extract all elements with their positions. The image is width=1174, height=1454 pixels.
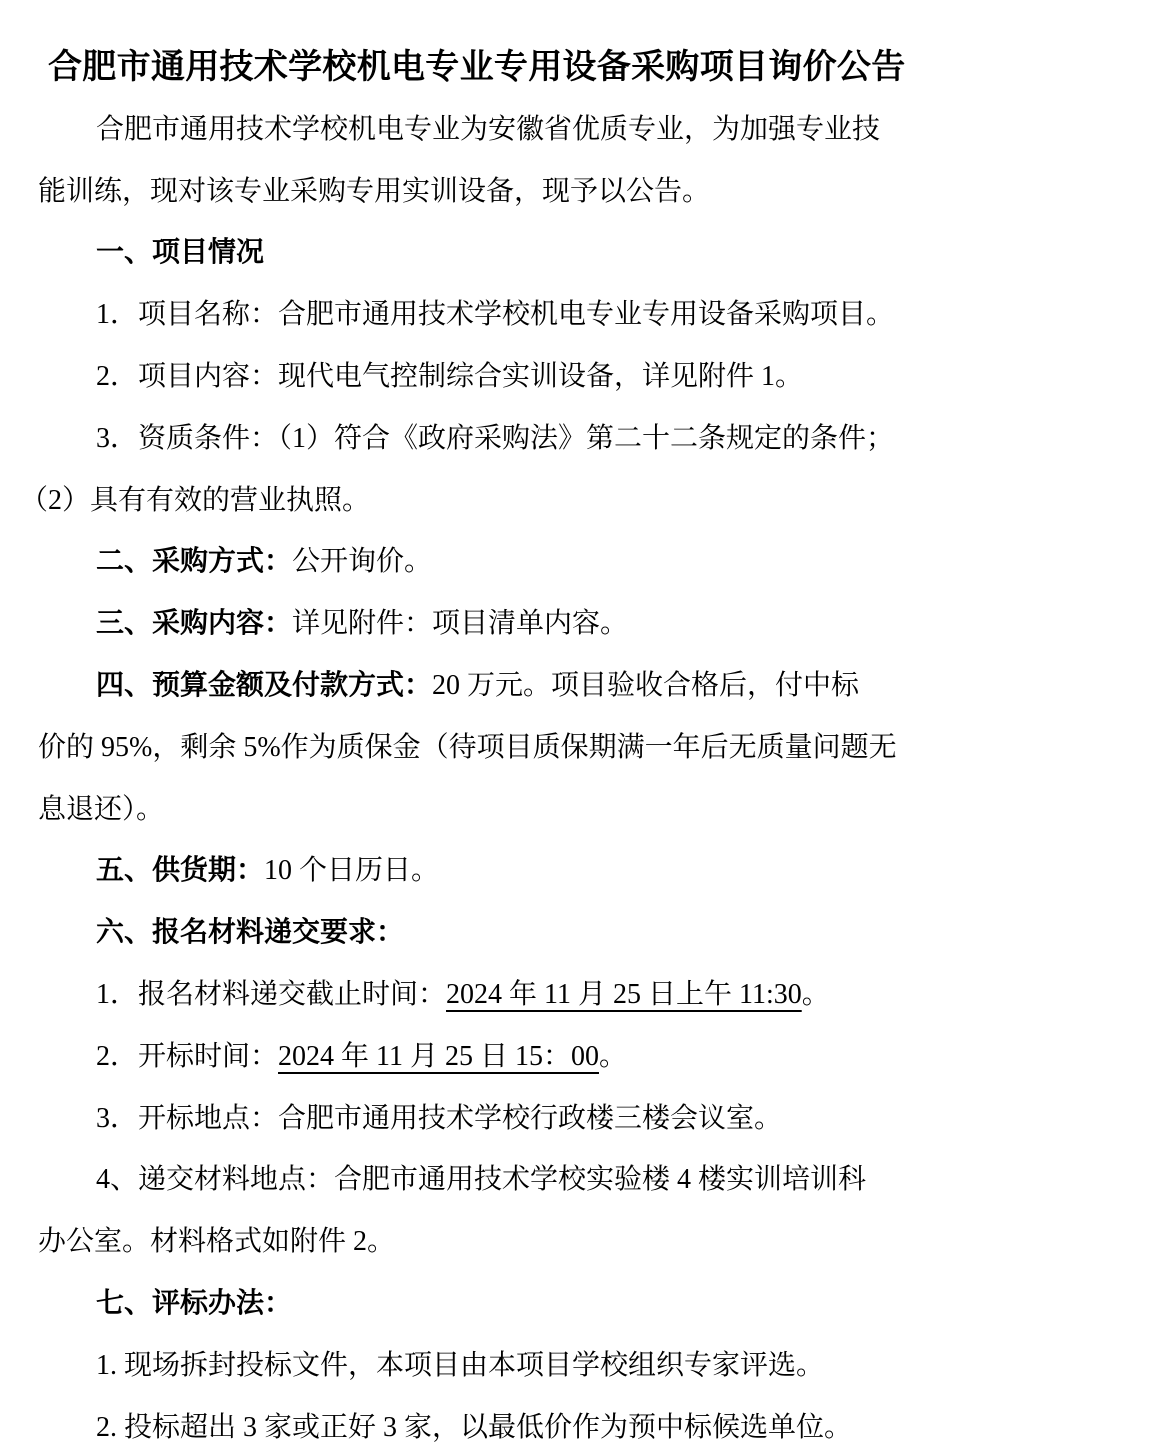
document-line: 2．项目内容：现代电气控制综合实训设备，详见附件 1。 — [0, 346, 1174, 408]
bold-text-segment: 三、采购内容： — [96, 608, 292, 639]
text-segment: 息退还）。 — [38, 794, 164, 825]
text-segment: 详见附件：项目清单内容。 — [292, 608, 628, 639]
text-segment: 2. 投标超出 3 家或正好 3 家，以最低价作为预中标候选单位。 — [96, 1412, 852, 1443]
text-segment: 公开询价。 — [292, 546, 432, 577]
document-line: 五、供货期：10 个日历日。 — [0, 840, 1174, 902]
text-segment: 1. 现场拆封投标文件，本项目由本项目学校组织专家评选。 — [96, 1350, 824, 1381]
text-segment: 10 个日历日。 — [264, 855, 439, 886]
bold-text-segment: 七、评标办法： — [96, 1288, 292, 1319]
document-line: 办公室。材料格式如附件 2。 — [0, 1211, 1174, 1273]
text-segment: 20 万元。项目验收合格后，付中标 — [432, 670, 859, 701]
text-segment: 3．开标地点：合肥市通用技术学校行政楼三楼会议室。 — [96, 1103, 782, 1134]
document-line: 2. 投标超出 3 家或正好 3 家，以最低价作为预中标候选单位。 — [0, 1397, 1174, 1454]
document-line: 息退还）。 — [0, 779, 1174, 841]
document-line: 4、递交材料地点：合肥市通用技术学校实验楼 4 楼实训培训科 — [0, 1149, 1174, 1211]
document-line: （2）具有有效的营业执照。 — [0, 470, 1174, 532]
text-segment: 3．资质条件：（1）符合《政府采购法》第二十二条规定的条件； — [96, 423, 894, 454]
document-line: 1．报名材料递交截止时间：2024 年 11 月 25 日上午 11:30。 — [0, 964, 1174, 1026]
text-segment: 能训练，现对该专业采购专用实训设备，现予以公告。 — [38, 176, 710, 207]
document-line: 七、评标办法： — [0, 1273, 1174, 1335]
text-segment: 1．报名材料递交截止时间： — [96, 979, 446, 1010]
text-segment: 2．开标时间： — [96, 1041, 278, 1072]
bold-text-segment: 六、报名材料递交要求： — [96, 917, 404, 948]
document-line: 合肥市通用技术学校机电专业为安徽省优质专业，为加强专业技 — [0, 99, 1174, 161]
document-line: 3．开标地点：合肥市通用技术学校行政楼三楼会议室。 — [0, 1088, 1174, 1150]
bold-text-segment: 五、供货期： — [96, 855, 264, 886]
document-line: 能训练，现对该专业采购专用实训设备，现予以公告。 — [0, 161, 1174, 223]
bold-text-segment: 四、预算金额及付款方式： — [96, 670, 432, 701]
text-segment: 价的 95%，剩余 5%作为质保金（待项目质保期满一年后无质量问题无 — [38, 732, 897, 763]
document-line: 三、采购内容：详见附件：项目清单内容。 — [0, 593, 1174, 655]
text-segment: 办公室。材料格式如附件 2。 — [38, 1226, 395, 1257]
text-segment: 。 — [802, 979, 830, 1010]
text-segment: 。 — [599, 1041, 627, 1072]
underlined-date-text: 2024 年 11 月 25 日 15：00 — [278, 1041, 599, 1072]
document-line: 一、项目情况 — [0, 222, 1174, 284]
document-line: 3．资质条件：（1）符合《政府采购法》第二十二条规定的条件； — [0, 408, 1174, 470]
announcement-document: 合肥市通用技术学校机电专业专用设备采购项目询价公告合肥市通用技术学校机电专业为安… — [0, 37, 1174, 1454]
text-segment: 4、递交材料地点：合肥市通用技术学校实验楼 4 楼实训培训科 — [96, 1164, 866, 1195]
bold-text-segment: 合肥市通用技术学校机电专业专用设备采购项目询价公告 — [48, 49, 906, 86]
text-segment: 2．项目内容：现代电气控制综合实训设备，详见附件 1。 — [96, 361, 803, 392]
document-line: 六、报名材料递交要求： — [0, 902, 1174, 964]
bold-text-segment: 二、采购方式： — [96, 546, 292, 577]
document-line: 2．开标时间：2024 年 11 月 25 日 15：00。 — [0, 1026, 1174, 1088]
text-segment: 1．项目名称：合肥市通用技术学校机电专业专用设备采购项目。 — [96, 299, 894, 330]
bold-text-segment: 一、项目情况 — [96, 237, 264, 268]
document-line: 二、采购方式：公开询价。 — [0, 531, 1174, 593]
text-segment: 合肥市通用技术学校机电专业为安徽省优质专业，为加强专业技 — [96, 114, 880, 145]
document-line: 四、预算金额及付款方式：20 万元。项目验收合格后，付中标 — [0, 655, 1174, 717]
underlined-date-text: 2024 年 11 月 25 日上午 11:30 — [446, 979, 802, 1010]
text-segment: （2）具有有效的营业执照。 — [20, 485, 370, 516]
document-line: 1．项目名称：合肥市通用技术学校机电专业专用设备采购项目。 — [0, 284, 1174, 346]
document-title: 合肥市通用技术学校机电专业专用设备采购项目询价公告 — [0, 37, 1174, 99]
document-line: 1. 现场拆封投标文件，本项目由本项目学校组织专家评选。 — [0, 1335, 1174, 1397]
document-line: 价的 95%，剩余 5%作为质保金（待项目质保期满一年后无质量问题无 — [0, 717, 1174, 779]
